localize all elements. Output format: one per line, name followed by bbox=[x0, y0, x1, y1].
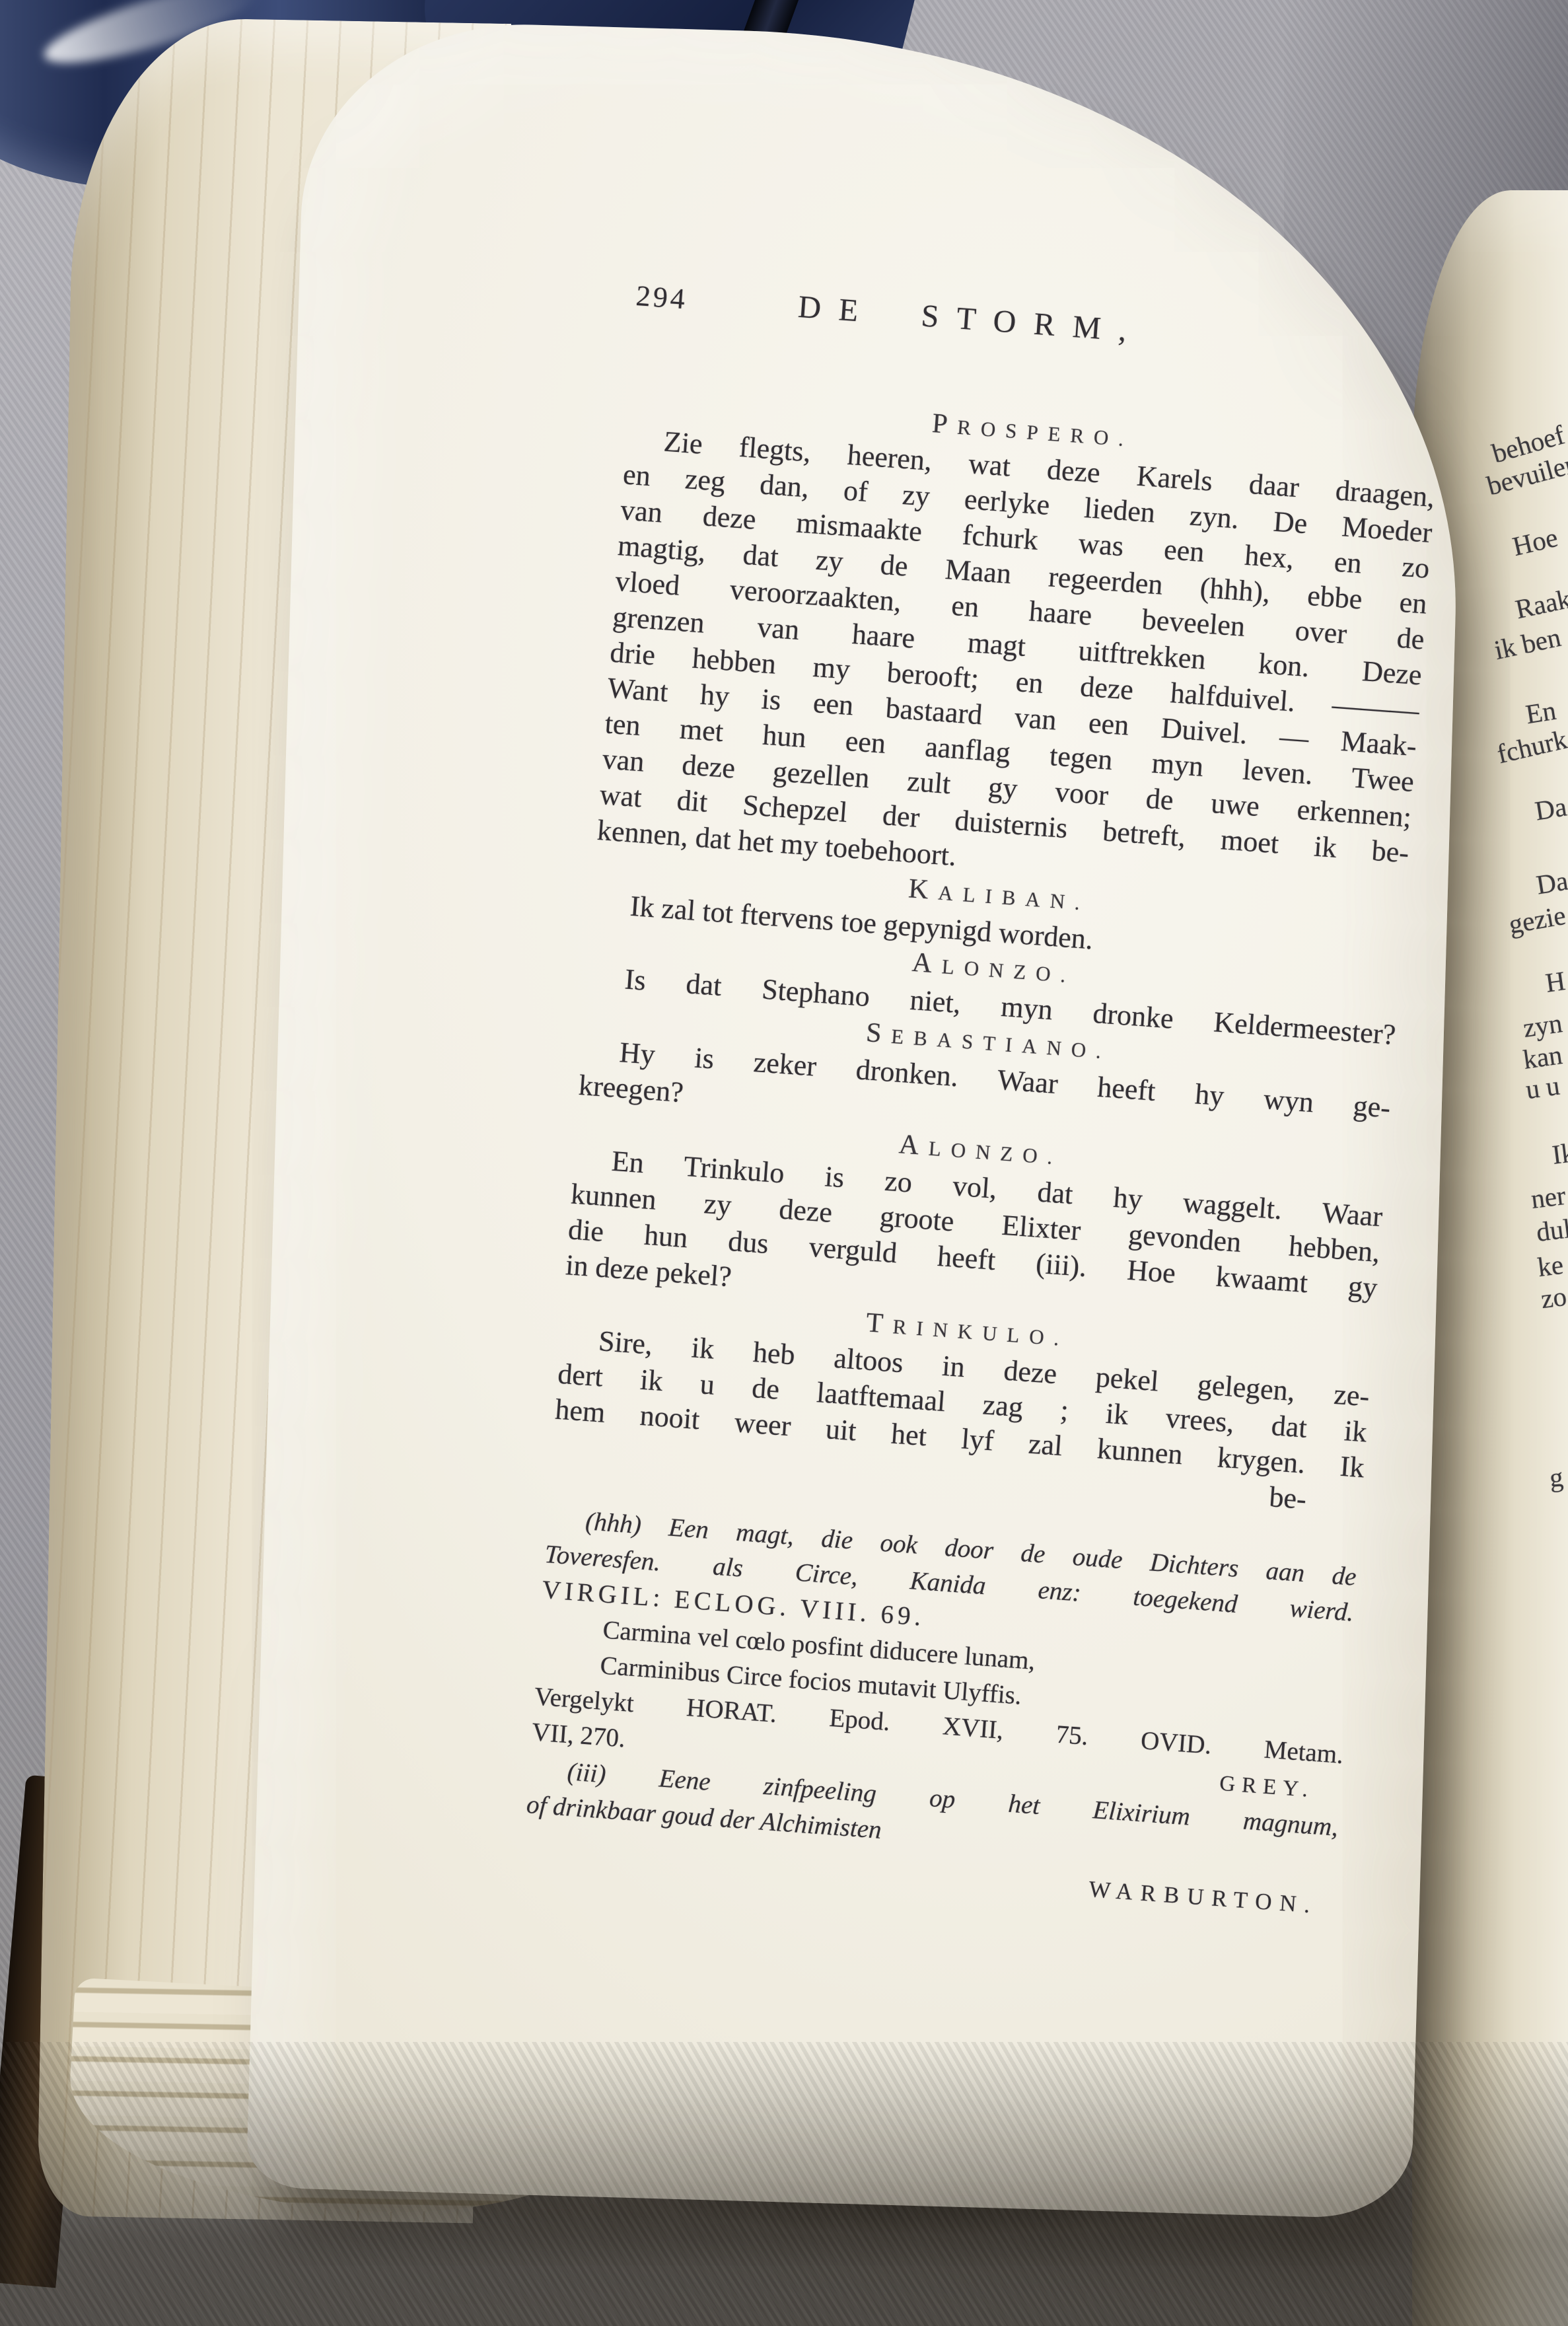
facing-page-fragment: Da bbox=[1533, 791, 1568, 827]
facing-page-fragment: Ik bbox=[1550, 1136, 1568, 1171]
page-number: 294 bbox=[635, 278, 689, 318]
facing-page-fragment: H bbox=[1544, 964, 1567, 999]
facing-page-fragment: u u bbox=[1524, 1070, 1561, 1106]
facing-page-fragment: g bbox=[1548, 1461, 1565, 1494]
facing-page-fragment: ke bbox=[1536, 1249, 1565, 1283]
footnotes: (hhh) Een magt, die ook door de oude Dic… bbox=[522, 1501, 1358, 1924]
footnote-reference-continued: VII, 270. bbox=[530, 1714, 626, 1757]
facing-page-fragment: Da bbox=[1534, 865, 1568, 901]
page-text: 294 DE STORM, PROSPERO. Zie flegts, heer… bbox=[522, 277, 1446, 1925]
facing-page-fragment: ner bbox=[1529, 1179, 1567, 1215]
facing-page-fragment: zo bbox=[1539, 1280, 1568, 1315]
book-photo: behoef bevuilen Hoe Raak ik ben En fchur… bbox=[0, 0, 1568, 2326]
fabric-shadow-bottom bbox=[0, 2042, 1568, 2326]
facing-page-fragment: dul bbox=[1534, 1212, 1568, 1248]
facing-page-fragment: kan bbox=[1521, 1038, 1564, 1075]
